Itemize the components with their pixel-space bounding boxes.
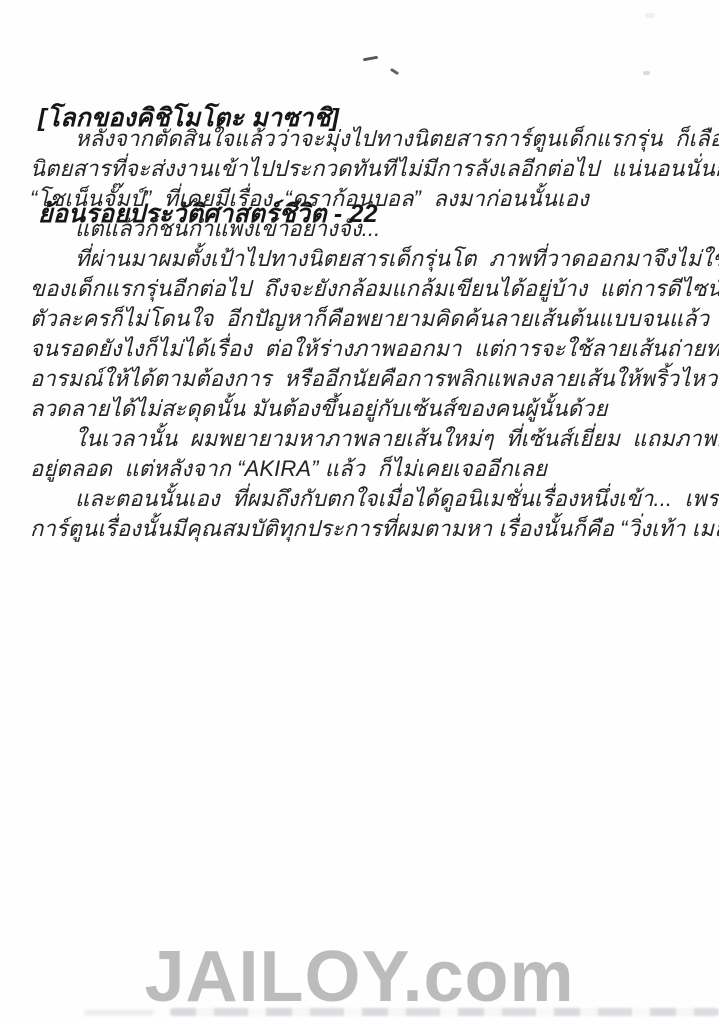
scan-smudge [84,1010,154,1015]
text-line: หลังจากตัดสินใจแล้วว่าจะมุ่งไปทางนิตยสาร… [30,124,698,154]
text-line: อารมณ์ให้ได้ตามต้องการ หรืออีกนัยคือการพ… [30,364,698,394]
text-line: ของเด็กแรกรุ่นอีกต่อไป ถึงจะยังกล้อมแกล้… [30,274,698,304]
scanned-book-page: [โลกของคิชิโมโตะ มาซาชิ] ย้อนรอยประวัติศ… [0,0,719,1018]
scan-speck [390,68,399,75]
text-line: จนรอดยังไงก็ไม่ได้เรื่อง ต่อให้ร่างภาพออ… [30,334,698,364]
text-line: ลวดลายได้ไม่สะดุดนั้น มันต้องขึ้นอยู่กับ… [30,394,698,424]
text-line: ที่ผ่านมาผมตั้งเป้าไปทางนิตยสารเด็กรุ่นโ… [30,244,698,274]
text-line: “โชเน็นจั๊มป์” ที่เคยมีเรื่อง “ดราก้อนบอ… [30,184,698,214]
scan-speck [645,13,655,18]
text-line: และตอนนั้นเอง ที่ผมถึงกับตกใจเมื่อได้ดูอ… [30,484,698,514]
watermark-jailoy: JAILOY.com [144,936,574,1018]
text-line: การ์ตูนเรื่องนั้นมีคุณสมบัติทุกประการที่… [30,514,698,544]
body-text: หลังจากตัดสินใจแล้วว่าจะมุ่งไปทางนิตยสาร… [30,124,698,544]
scan-smudge [170,1008,719,1016]
text-line: แต่แล้วก็ชนกำแพงเข้าอย่างจัง... [30,214,698,244]
text-line: ตัวละครก็ไม่โดนใจ อีกปัญหาก็คือพยายามคิด… [30,304,698,334]
text-line: อยู่ตลอด แต่หลังจาก “AKIRA” แล้ว ก็ไม่เค… [30,454,698,484]
text-line: นิตยสารที่จะส่งงานเข้าไปประกวดทันทีไม่มี… [30,154,698,184]
scan-speck [643,71,650,75]
text-line: ในเวลานั้น ผมพยายามหาภาพลายเส้นใหม่ๆ ที่… [30,424,698,454]
